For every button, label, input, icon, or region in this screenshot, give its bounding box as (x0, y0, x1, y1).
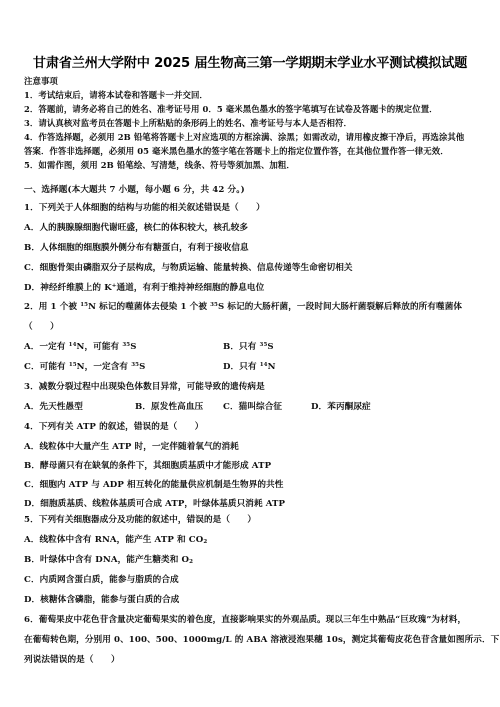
option-c: C．细胞骨架由磷脂双分子层构成，与物质运输、能量转换、信息传递等生命密切相关 (24, 261, 353, 273)
option-text: N，一定含有 (77, 362, 132, 372)
option-c: C．内质网含蛋白质，能参与脂质的合成 (24, 573, 179, 585)
stem-text: 2．用 1 个被 (24, 302, 80, 312)
option-d: D．只有 14N (223, 360, 276, 372)
superscript: 14 (69, 342, 77, 348)
option-text: A．一定有 (24, 342, 69, 352)
answer-paren: （ ） (24, 320, 59, 332)
option-d: D．神经纤维膜上的 K+通道，有利于维持神经细胞的静息电位 (24, 281, 264, 293)
option-text: S (130, 342, 136, 352)
note-item: 5．如需作图，须用 2B 铅笔绘、写清楚，线条、符号等须加黑、加粗． (24, 159, 295, 171)
option-text: D．只有 (223, 362, 260, 372)
option-row: A．先天性愚型 B．原发性高血压 C．猫叫综合征 D．苯丙酮尿症 (24, 400, 83, 412)
option-text: S (267, 342, 273, 352)
document-title: 甘肃省兰州大学附中 2025 届生物高三第一学期期末学业水平测试模拟试题 (0, 52, 500, 71)
option-row: C．可能有 15N，一定含有 35S D．只有 14N (24, 360, 145, 372)
question-stem: 2．用 1 个被 15N 标记的噬菌体去侵染 1 个被 35S 标记的大肠杆菌，… (24, 300, 462, 312)
option-b: B．只有 35S (223, 340, 274, 352)
option-text: S (139, 362, 145, 372)
notes-heading: 注意事项 (24, 75, 58, 87)
question-stem-line: 在葡萄转色期，分别用 0、100、500、1000mg/L 的 ABA 溶液浸泡… (24, 633, 499, 645)
option-text: B．只有 (223, 342, 260, 352)
question-stem-line: 列说法错误的是（ ） (24, 653, 120, 665)
note-item: 2．答题前，请务必将自己的姓名、准考证号用 0．5 毫米黑色墨水的签字笔填写在试… (24, 103, 438, 115)
option-a: A．线粒体中含有 RNA，能产生 ATP 和 CO2 (24, 533, 207, 545)
note-item: 1．考试结束后，请将本试卷和答题卡一并交回． (24, 89, 208, 101)
option-d: D．苯丙酮尿症 (311, 400, 371, 412)
superscript: 35 (131, 362, 139, 368)
option-text: N (268, 362, 276, 372)
note-item: 答案．作答非选择题，必须用 05 毫米黑色墨水的签字笔在答题卡上的指定位置作答，… (24, 145, 449, 157)
option-b: B．原发性高血压 (135, 400, 203, 412)
option-c: C．细胞内 ATP 与 ADP 相互转化的能量供应机制是生物界的共性 (24, 478, 284, 490)
subscript: 2 (189, 559, 193, 565)
question-stem: 1．下列关于人体细胞的结构与功能的相关叙述错误是（ ） (24, 201, 265, 213)
question-stem: 3．减数分裂过程中出现染色体数目异常，可能导致的遗传病是 (24, 380, 265, 392)
option-text: N，可能有 (77, 342, 123, 352)
question-stem-line: 6．葡萄果皮中花色苷含量决定葡萄果实的着色度，直接影响果实的外观品质。现以三年生… (24, 613, 466, 625)
option-text: A．线粒体中含有 RNA，能产生 ATP 和 CO (24, 535, 203, 545)
option-b: B．人体细胞的细胞膜外侧分布有糖蛋白，有利于接收信息 (24, 241, 249, 253)
option-text: D．神经纤维膜上的 K (24, 283, 112, 293)
superscript: 35 (122, 342, 130, 348)
question-stem: 5．下列有关细胞器成分及功能的叙述中，错误的是（ ） (24, 513, 256, 525)
option-row: A．一定有 14N，可能有 35S B．只有 35S (24, 340, 137, 352)
note-item: 3．请认真核对监考员在答题卡上所粘贴的条形码上的姓名、准考证号与本人是否相符． (24, 117, 352, 129)
stem-text: N 标记的噬菌体去侵染 1 个被 (88, 302, 210, 312)
option-c: C．猫叫综合征 (223, 400, 282, 412)
option-b: B．酵母菌只有在缺氧的条件下，其细胞质基质中才能形成 ATP (24, 459, 271, 471)
option-c: C．可能有 15N，一定含有 35S (24, 362, 145, 372)
stem-text: S 标记的大肠杆菌，一段时间大肠杆菌裂解后释放的所有噬菌体 (218, 302, 462, 312)
option-d: D．核糖体含磷脂，能参与蛋白质的合成 (24, 593, 179, 605)
option-a: A．线粒体中大量产生 ATP 时，一定伴随着氧气的消耗 (24, 440, 239, 452)
option-b: B．叶绿体中含有 DNA，能产生糖类和 O2 (24, 553, 193, 565)
exam-page: 甘肃省兰州大学附中 2025 届生物高三第一学期期末学业水平测试模拟试题 注意事… (0, 0, 500, 707)
option-a: A．一定有 14N，可能有 35S (24, 342, 137, 352)
option-text: B．叶绿体中含有 DNA，能产生糖类和 O (24, 555, 189, 565)
option-d: D．细胞质基质、线粒体基质可合成 ATP，叶绿体基质只消耗 ATP (24, 497, 285, 509)
option-a: A．人的胰腺腺细胞代谢旺盛，核仁的体积较大，核孔较多 (24, 221, 248, 233)
superscript: 15 (69, 362, 77, 368)
option-text: C．可能有 (24, 362, 69, 372)
superscript: 35 (210, 302, 218, 308)
option-a: A．先天性愚型 (24, 402, 83, 412)
superscript: 15 (80, 302, 88, 308)
note-item: 4．作答选择题，必须用 2B 铅笔将答题卡上对应选项的方框涂满、涂黑；如需改动，… (24, 131, 464, 143)
subscript: 2 (203, 539, 207, 545)
question-stem: 4．下列有关 ATP 的叙述，错误的是（ ） (24, 420, 203, 432)
option-text: 通道，有利于维持神经细胞的静息电位 (116, 283, 264, 293)
superscript: 14 (260, 362, 268, 368)
section-heading: 一、选择题(本大题共 7 小题，每小题 6 分，共 42 分。) (24, 183, 245, 195)
